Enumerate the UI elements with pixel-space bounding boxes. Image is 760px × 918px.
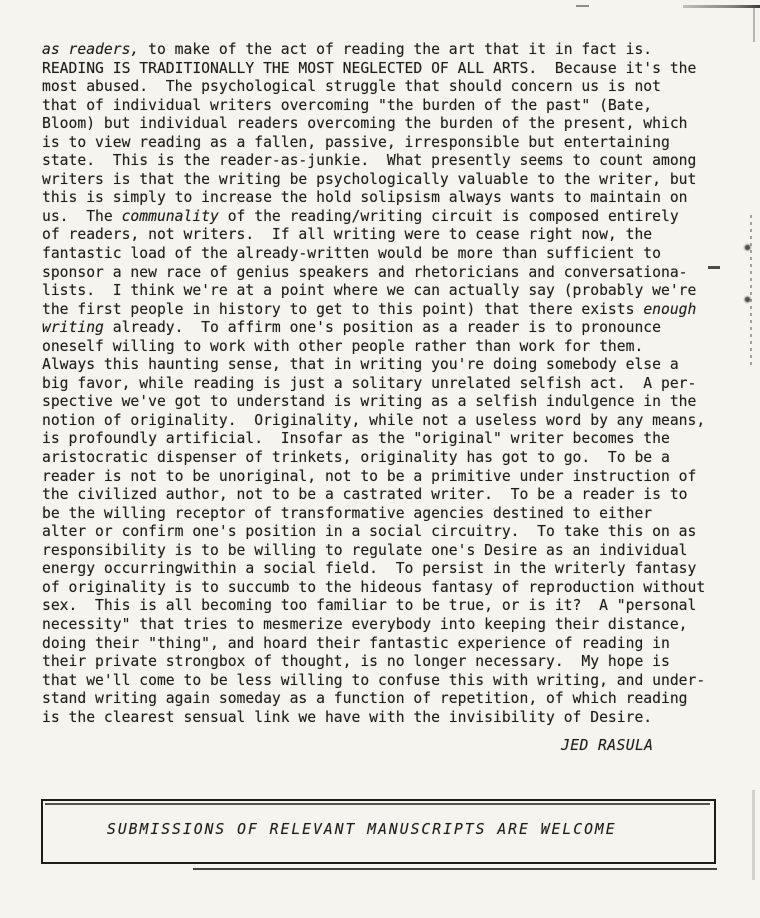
text-line: of originality is to succumb to the hide…: [42, 579, 705, 598]
text-line: sponsor a new race of genius speakers an…: [42, 264, 705, 283]
text-line: the first people in history to get to th…: [42, 301, 705, 320]
text-line: reader is not to be unoriginal, not to b…: [42, 468, 705, 487]
scan-artifact-smudge: [743, 295, 752, 304]
text-line: necessity" that tries to mesmerize every…: [42, 616, 705, 635]
document-page: as readers, to make of the act of readin…: [0, 0, 760, 918]
text-line: Always this haunting sense, that in writ…: [42, 356, 705, 375]
text-line: lists. I think we're at a point where we…: [42, 282, 705, 301]
text-line: this is simply to increase the hold soli…: [42, 189, 705, 208]
author-signature: JED RASULA: [561, 737, 653, 754]
scan-artifact-top-right-line: [683, 5, 760, 8]
scan-artifact-top-dash: [576, 5, 589, 7]
scan-artifact-top-right-vline: [753, 8, 755, 42]
text-line: most abused. The psychological struggle …: [42, 78, 705, 97]
text-line: notion of originality. Originality, whil…: [42, 412, 705, 431]
text-line: alter or confirm one's position in a soc…: [42, 523, 705, 542]
text-line: aristocratic dispenser of trinkets, orig…: [42, 449, 705, 468]
text-line: big favor, while reading is just a solit…: [42, 375, 705, 394]
text-line: of readers, not writers. If all writing …: [42, 226, 705, 245]
text-line: their private strongbox of thought, is n…: [42, 653, 705, 672]
text-line: us. The communality of the reading/writi…: [42, 208, 705, 227]
text-line: Bloom) but individual readers overcoming…: [42, 115, 705, 134]
text-line: the civilized author, not to be a castra…: [42, 486, 705, 505]
text-line: doing their "thing", and hoard their fan…: [42, 635, 705, 654]
text-line: state. This is the reader-as-junkie. Wha…: [42, 152, 705, 171]
text-line: responsibility is to be willing to regul…: [42, 542, 705, 561]
text-line: spective we've got to understand is writ…: [42, 393, 705, 412]
text-line: is profoundly artificial. Insofar as the…: [42, 430, 705, 449]
text-line: energy occurringwithin a social field. T…: [42, 560, 705, 579]
text-line: sex. This is all becoming too familiar t…: [42, 597, 705, 616]
scan-artifact-right-band: [752, 790, 755, 880]
text-line: that we'll come to be less willing to co…: [42, 672, 705, 691]
text-line: writing already. To affirm one's positio…: [42, 319, 705, 338]
text-line: as readers, to make of the act of readin…: [42, 41, 705, 60]
scan-artifact-right-dash: [708, 266, 720, 269]
scan-artifact-smudge: [743, 243, 752, 252]
text-line: READING IS TRADITIONALLY THE MOST NEGLEC…: [42, 60, 705, 79]
text-line: that of individual writers overcoming "t…: [42, 97, 705, 116]
submissions-notice-text: SUBMISSIONS OF RELEVANT MANUSCRIPTS ARE …: [107, 821, 617, 838]
text-line: writers is that the writing be psycholog…: [42, 171, 705, 190]
submissions-notice-box: SUBMISSIONS OF RELEVANT MANUSCRIPTS ARE …: [41, 799, 716, 864]
scan-artifact-right-dotline: [750, 215, 752, 365]
text-line: stand writing again someday as a functio…: [42, 690, 705, 709]
text-line: fantastic load of the already-written wo…: [42, 245, 705, 264]
text-line: be the willing receptor of transformativ…: [42, 505, 705, 524]
text-line: is to view reading as a fallen, passive,…: [42, 134, 705, 153]
text-line: oneself willing to work with other peopl…: [42, 338, 705, 357]
text-line: is the clearest sensual link we have wit…: [42, 709, 705, 728]
body-text: as readers, to make of the act of readin…: [42, 41, 705, 727]
